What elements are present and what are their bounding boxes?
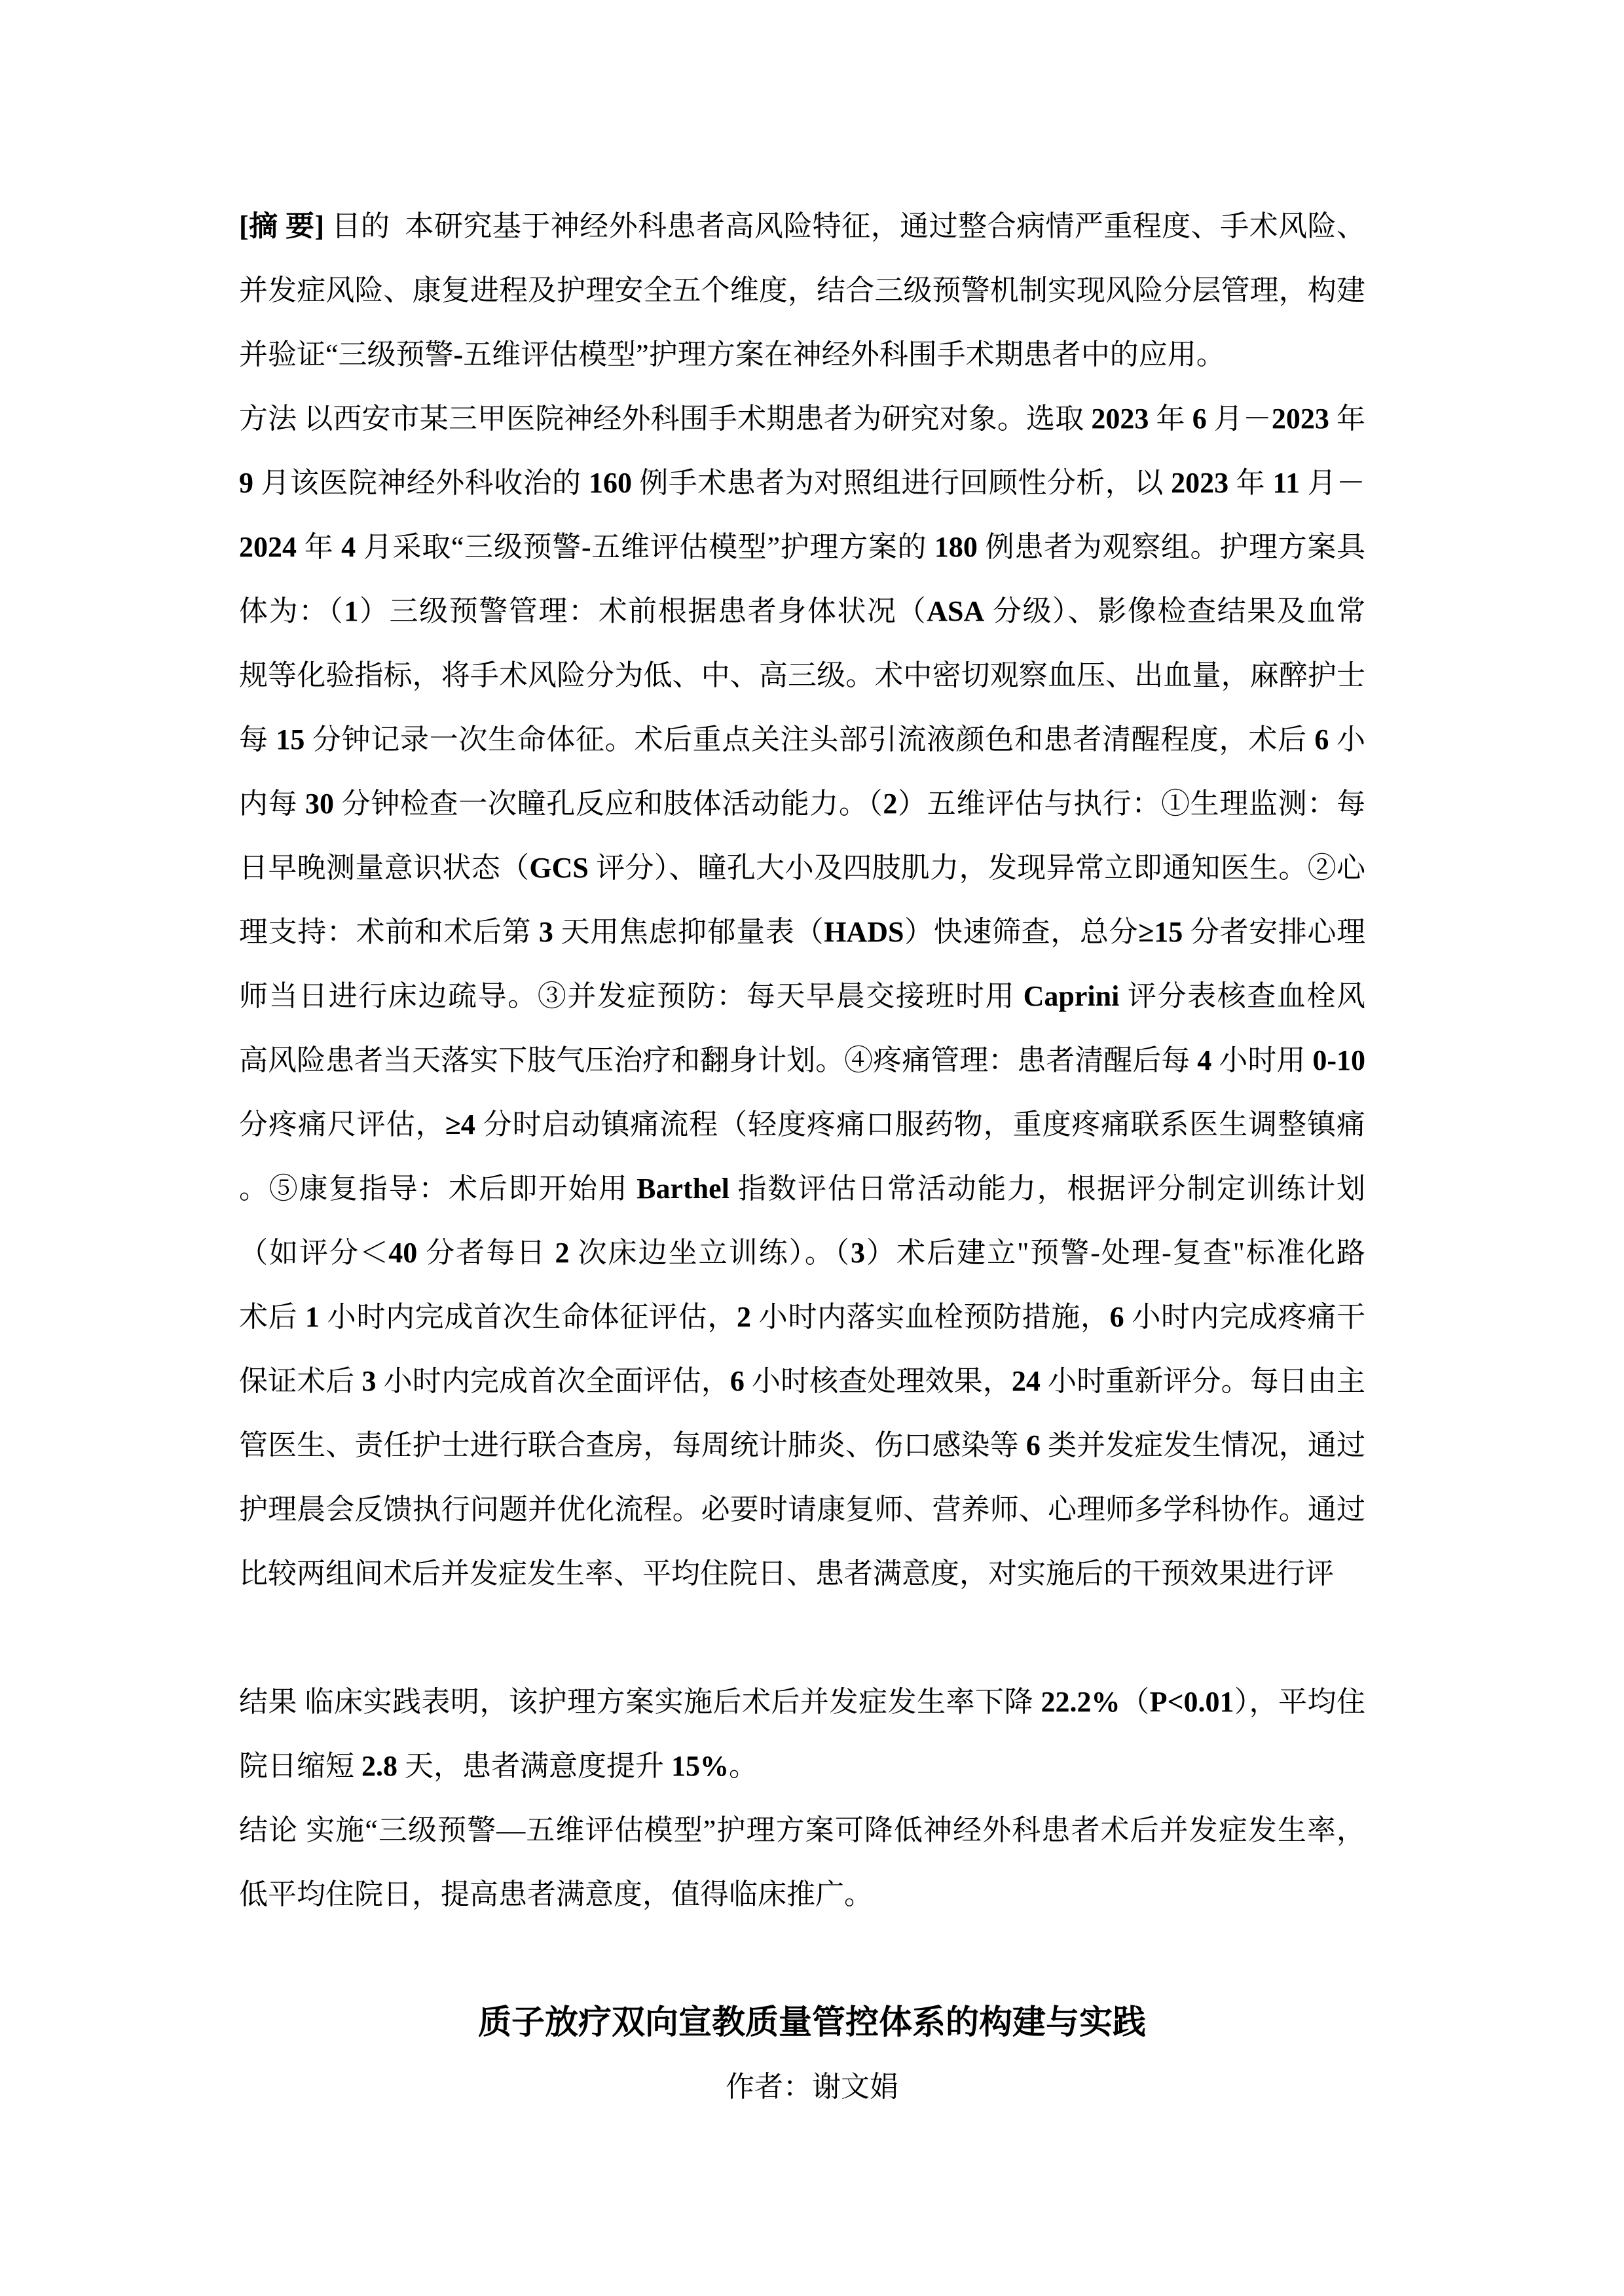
text-run: 15% — [671, 1750, 729, 1782]
text-run: ）快速筛查，总分 — [904, 916, 1138, 948]
text-run: ），平均住 — [1234, 1686, 1365, 1718]
text-run: 6 — [1192, 403, 1207, 435]
text-run: 6 — [1026, 1429, 1041, 1461]
abstract-line: 分疼痛尺评估，≥4 分时启动镇痛流程（轻度疼痛口服药物，重度疼痛联系医生调整镇痛… — [239, 1093, 1365, 1157]
text-run: 月－ — [1300, 467, 1365, 499]
text-run: 年 — [1329, 403, 1365, 435]
text-run: （如评分＜ — [239, 1237, 388, 1269]
text-run: 11 — [1273, 467, 1301, 499]
text-run: GCS — [529, 852, 588, 884]
abstract-line: 日早晚测量意识状态（GCS 评分）、瞳孔大小及四肢肌力，发现异常立即通知医生。②… — [239, 836, 1365, 900]
text-run: 术后 — [239, 1301, 305, 1333]
text-run: 方法 以西安市某三甲医院神经外科围手术期患者为研究对象。选取 — [239, 403, 1091, 435]
text-run: 4 — [341, 531, 356, 563]
text-run: 30 — [305, 788, 334, 820]
paper-title: 质子放疗双向宣教质量管控体系的构建与实践 — [0, 1991, 1624, 2055]
text-run: 2 — [883, 788, 897, 820]
document-page: [摘 要] 目的 本研究基于神经外科患者高风险特征，通过整合病情严重程度、手术风… — [0, 0, 1624, 2296]
text-run: ≥15 — [1138, 916, 1183, 948]
text-run: 内每 — [239, 788, 305, 820]
text-run: 规等化验指标，将手术风险分为低、中、高三级。术中密切观察血压、出血量，麻醉护士 — [239, 659, 1365, 691]
paper-author: 作者：谢文娟 — [0, 2055, 1624, 2119]
text-run: 年 — [297, 531, 341, 563]
text-run: [摘 要] — [239, 210, 324, 242]
text-run: HADS — [824, 916, 904, 948]
text-run: 6 — [1314, 723, 1329, 756]
abstract-line: 规等化验指标，将手术风险分为低、中、高三级。术中密切观察血压、出血量，麻醉护士 — [239, 644, 1365, 708]
text-run: ）三级预警管理：术前根据患者身体状况（ — [358, 595, 927, 627]
text-run: 分级）、影像检查结果及血常 — [984, 595, 1365, 627]
abstract-line: （如评分＜40 分者每日 2 次床边坐立训练）。（3）术后建立"预警-处理-复查… — [239, 1221, 1365, 1285]
text-run: ≥4 — [445, 1108, 475, 1140]
text-run: 180 — [934, 531, 978, 563]
text-run: Caprini — [1024, 980, 1120, 1012]
text-run: 护理晨会反馈执行问题并优化流程。必要时请康复师、营养师、心理师多学科协作。通过 — [239, 1493, 1365, 1525]
text-run: 2023 — [1171, 467, 1228, 499]
text-run: 1 — [344, 595, 358, 627]
text-run: 3 — [362, 1365, 377, 1397]
abstract-line: 并验证“三级预警-五维评估模型”护理方案在神经外科围手术期患者中的应用。 — [239, 323, 1365, 387]
text-run: 小时用 — [1211, 1044, 1312, 1076]
text-run: 指数评估日常活动能力，根据评分制定训练计划 — [729, 1173, 1365, 1205]
text-run: 分者安排心理 — [1183, 916, 1365, 948]
text-run: 分者每日 — [417, 1237, 555, 1269]
abstract-line: 保证术后 3 小时内完成首次全面评估，6 小时核查处理效果，24 小时重新评分。… — [239, 1349, 1365, 1413]
abstract-line: 理支持：术前和术后第 3 天用焦虑抑郁量表（HADS）快速筛查，总分≥15 分者… — [239, 900, 1365, 964]
text-run: 天，患者满意度提升 — [397, 1750, 671, 1782]
abstract-line: 低平均住院日，提高患者满意度，值得临床推广。 — [239, 1863, 1365, 1927]
abstract-line: 内每 30 分钟检查一次瞳孔反应和肢体活动能力。（2）五维评估与执行：①生理监测… — [239, 772, 1365, 836]
text-run: 年 — [1149, 403, 1192, 435]
text-run: 结论 实施“三级预警—五维评估模型”护理方案可降低神经外科患者术后并发症发生率，… — [239, 1814, 1365, 1863]
text-run: 月采取“三级预警 — [356, 531, 581, 563]
text-run: 15 — [276, 723, 304, 756]
abstract-line: 术后 1 小时内完成首次生命体征评估，2 小时内落实血栓预防措施，6 小时内完成… — [239, 1285, 1365, 1349]
abstract-line: 护理晨会反馈执行问题并优化流程。必要时请康复师、营养师、心理师多学科协作。通过 — [239, 1478, 1365, 1542]
text-run: 小时内完成首次生命体征评估， — [320, 1301, 737, 1333]
text-run: 2.8 — [361, 1750, 397, 1782]
text-run: 40 — [388, 1237, 417, 1269]
text-run: 例患者为观察组。护理方案具 — [978, 531, 1365, 563]
text-run: 类并发症发生情况，通过 — [1041, 1429, 1365, 1461]
text-run: 高风险患者当天落实下肢气压治疗和翻身计划。④疼痛管理：患者清醒后每 — [239, 1044, 1197, 1076]
text-run: 2 — [555, 1237, 569, 1269]
text-run: 并发症风险、康复进程及护理安全五个维度，结合三级预警机制实现风险分层管理，构建 — [239, 274, 1365, 306]
abstract-line: 结论 实施“三级预警—五维评估模型”护理方案可降低神经外科患者术后并发症发生率，… — [239, 1798, 1365, 1863]
text-run: 目的 本研究基于神经外科患者高风险特征，通过整合病情严重程度、手术风险、 — [324, 210, 1365, 242]
text-run: ASA — [927, 595, 984, 627]
abstract-line: 师当日进行床边疏导。③并发症预防：每天早晨交接班时用 Caprini 评分表核查… — [239, 964, 1365, 1029]
abstract-line: 并发症风险、康复进程及护理安全五个维度，结合三级预警机制实现风险分层管理，构建 — [239, 259, 1365, 323]
text-run: 每 — [239, 723, 276, 756]
text-run: 。 — [729, 1750, 758, 1782]
text-run: 3 — [539, 916, 553, 948]
text-run: Barthel — [637, 1173, 729, 1205]
abstract-line: 2024 年 4 月采取“三级预警-五维评估模型”护理方案的 180 例患者为观… — [239, 515, 1365, 579]
text-run: P<0.01 — [1150, 1686, 1234, 1718]
abstract-line: 高风险患者当天落实下肢气压治疗和翻身计划。④疼痛管理：患者清醒后每 4 小时用 … — [239, 1029, 1365, 1093]
text-run: 例手术患者为对照组进行回顾性分析，以 — [632, 467, 1171, 499]
text-run: 分疼痛尺评估， — [239, 1108, 445, 1140]
text-run: 年 — [1228, 467, 1272, 499]
text-run: 五维评估模型”护理方案在神经外科围手术期患者中的应用。 — [463, 338, 1225, 371]
abstract-line: [摘 要] 目的 本研究基于神经外科患者高风险特征，通过整合病情严重程度、手术风… — [239, 194, 1365, 259]
abstract-text-block: [摘 要] 目的 本研究基于神经外科患者高风险特征，通过整合病情严重程度、手术风… — [239, 194, 1365, 1927]
text-run: 小时内落实血栓预防措施， — [751, 1301, 1110, 1333]
text-run: 结果 临床实践表明，该护理方案实施后术后并发症发生率下降 — [239, 1686, 1041, 1718]
text-run: 小时核查处理效果， — [745, 1365, 1012, 1397]
text-run: 理支持：术前和术后第 — [239, 916, 539, 948]
text-run: 比较两组间术后并发症发生率、平均住院日、患者满意度，对实施后的干预效果进行评价。 — [239, 1558, 1334, 1606]
abstract-line: 9 月该医院神经外科收治的 160 例手术患者为对照组进行回顾性分析，以 202… — [239, 451, 1365, 515]
text-run: 小时重新评分。每日由主 — [1041, 1365, 1365, 1397]
text-run: 月该医院神经外科收治的 — [253, 467, 589, 499]
text-run: 日早晚测量意识状态（ — [239, 852, 529, 884]
blank-line — [239, 1606, 1365, 1670]
text-run: 体为：（ — [239, 595, 344, 627]
text-run: 4 — [1197, 1044, 1211, 1076]
text-run: 低平均住院日，提高患者满意度，值得临床推广。 — [239, 1878, 873, 1910]
text-run: 五维评估模型”护理方案的 — [591, 531, 934, 563]
abstract-line: 方法 以西安市某三甲医院神经外科围手术期患者为研究对象。选取 2023 年 6 … — [239, 387, 1365, 451]
text-run: 2024 — [239, 531, 297, 563]
text-run: 分钟检查一次瞳孔反应和肢体活动能力。（ — [334, 788, 883, 820]
text-run: - — [454, 338, 464, 371]
text-run: 22.2% — [1041, 1686, 1120, 1718]
text-run: 。⑤康复指导：术后即开始用 — [239, 1173, 637, 1205]
text-run: 1 — [305, 1301, 320, 1333]
text-run: 6 — [730, 1365, 745, 1397]
text-run: 2023 — [1272, 403, 1329, 435]
text-run: 并验证“三级预警 — [239, 338, 454, 371]
text-run: 160 — [589, 467, 632, 499]
text-run: 分钟记录一次生命体征。术后重点关注头部引流液颜色和患者清醒程度，术后 — [304, 723, 1314, 756]
text-run: ）五维评估与执行：①生理监测：每 — [897, 788, 1365, 820]
text-run: 天用焦虑抑郁量表（ — [553, 916, 824, 948]
text-run: 月－ — [1207, 403, 1272, 435]
text-run: 3 — [851, 1237, 865, 1269]
abstract-line: 体为：（1）三级预警管理：术前根据患者身体状况（ASA 分级）、影像检查结果及血… — [239, 579, 1365, 644]
text-run: 评分）、瞳孔大小及四肢肌力，发现异常立即通知医生。②心 — [589, 852, 1365, 884]
text-run: 0-10 — [1312, 1044, 1365, 1076]
abstract-line: 比较两组间术后并发症发生率、平均住院日、患者满意度，对实施后的干预效果进行评价。 — [239, 1542, 1365, 1606]
text-run: （ — [1120, 1686, 1150, 1718]
text-run: 小时内完成首次全面评估， — [377, 1365, 730, 1397]
text-run: 管医生、责任护士进行联合查房，每周统计肺炎、伤口感染等 — [239, 1429, 1026, 1461]
next-article-header: 质子放疗双向宣教质量管控体系的构建与实践 作者：谢文娟 — [0, 1991, 1624, 2119]
abstract-line: 结果 临床实践表明，该护理方案实施后术后并发症发生率下降 22.2%（P<0.0… — [239, 1670, 1365, 1734]
text-run: 院日缩短 — [239, 1750, 361, 1782]
abstract-line: 每 15 分钟记录一次生命体征。术后重点关注头部引流液颜色和患者清醒程度，术后 … — [239, 708, 1365, 772]
text-run: 师当日进行床边疏导。③并发症预防：每天早晨交接班时用 — [239, 980, 1024, 1012]
text-run: 2023 — [1091, 403, 1149, 435]
abstract-line: 院日缩短 2.8 天，患者满意度提升 15%。 — [239, 1734, 1365, 1798]
text-run: 次床边坐立训练）。（ — [569, 1237, 851, 1269]
text-run: 6 — [1110, 1301, 1124, 1333]
text-run: 9 — [239, 467, 253, 499]
abstract-line: 管医生、责任护士进行联合查房，每周统计肺炎、伤口感染等 6 类并发症发生情况，通… — [239, 1413, 1365, 1478]
text-run: 24 — [1012, 1365, 1041, 1397]
text-run: 2 — [737, 1301, 751, 1333]
text-run: 保证术后 — [239, 1365, 362, 1397]
text-run: - — [581, 531, 591, 563]
abstract-line: 。⑤康复指导：术后即开始用 Barthel 指数评估日常活动能力，根据评分制定训… — [239, 1157, 1365, 1221]
